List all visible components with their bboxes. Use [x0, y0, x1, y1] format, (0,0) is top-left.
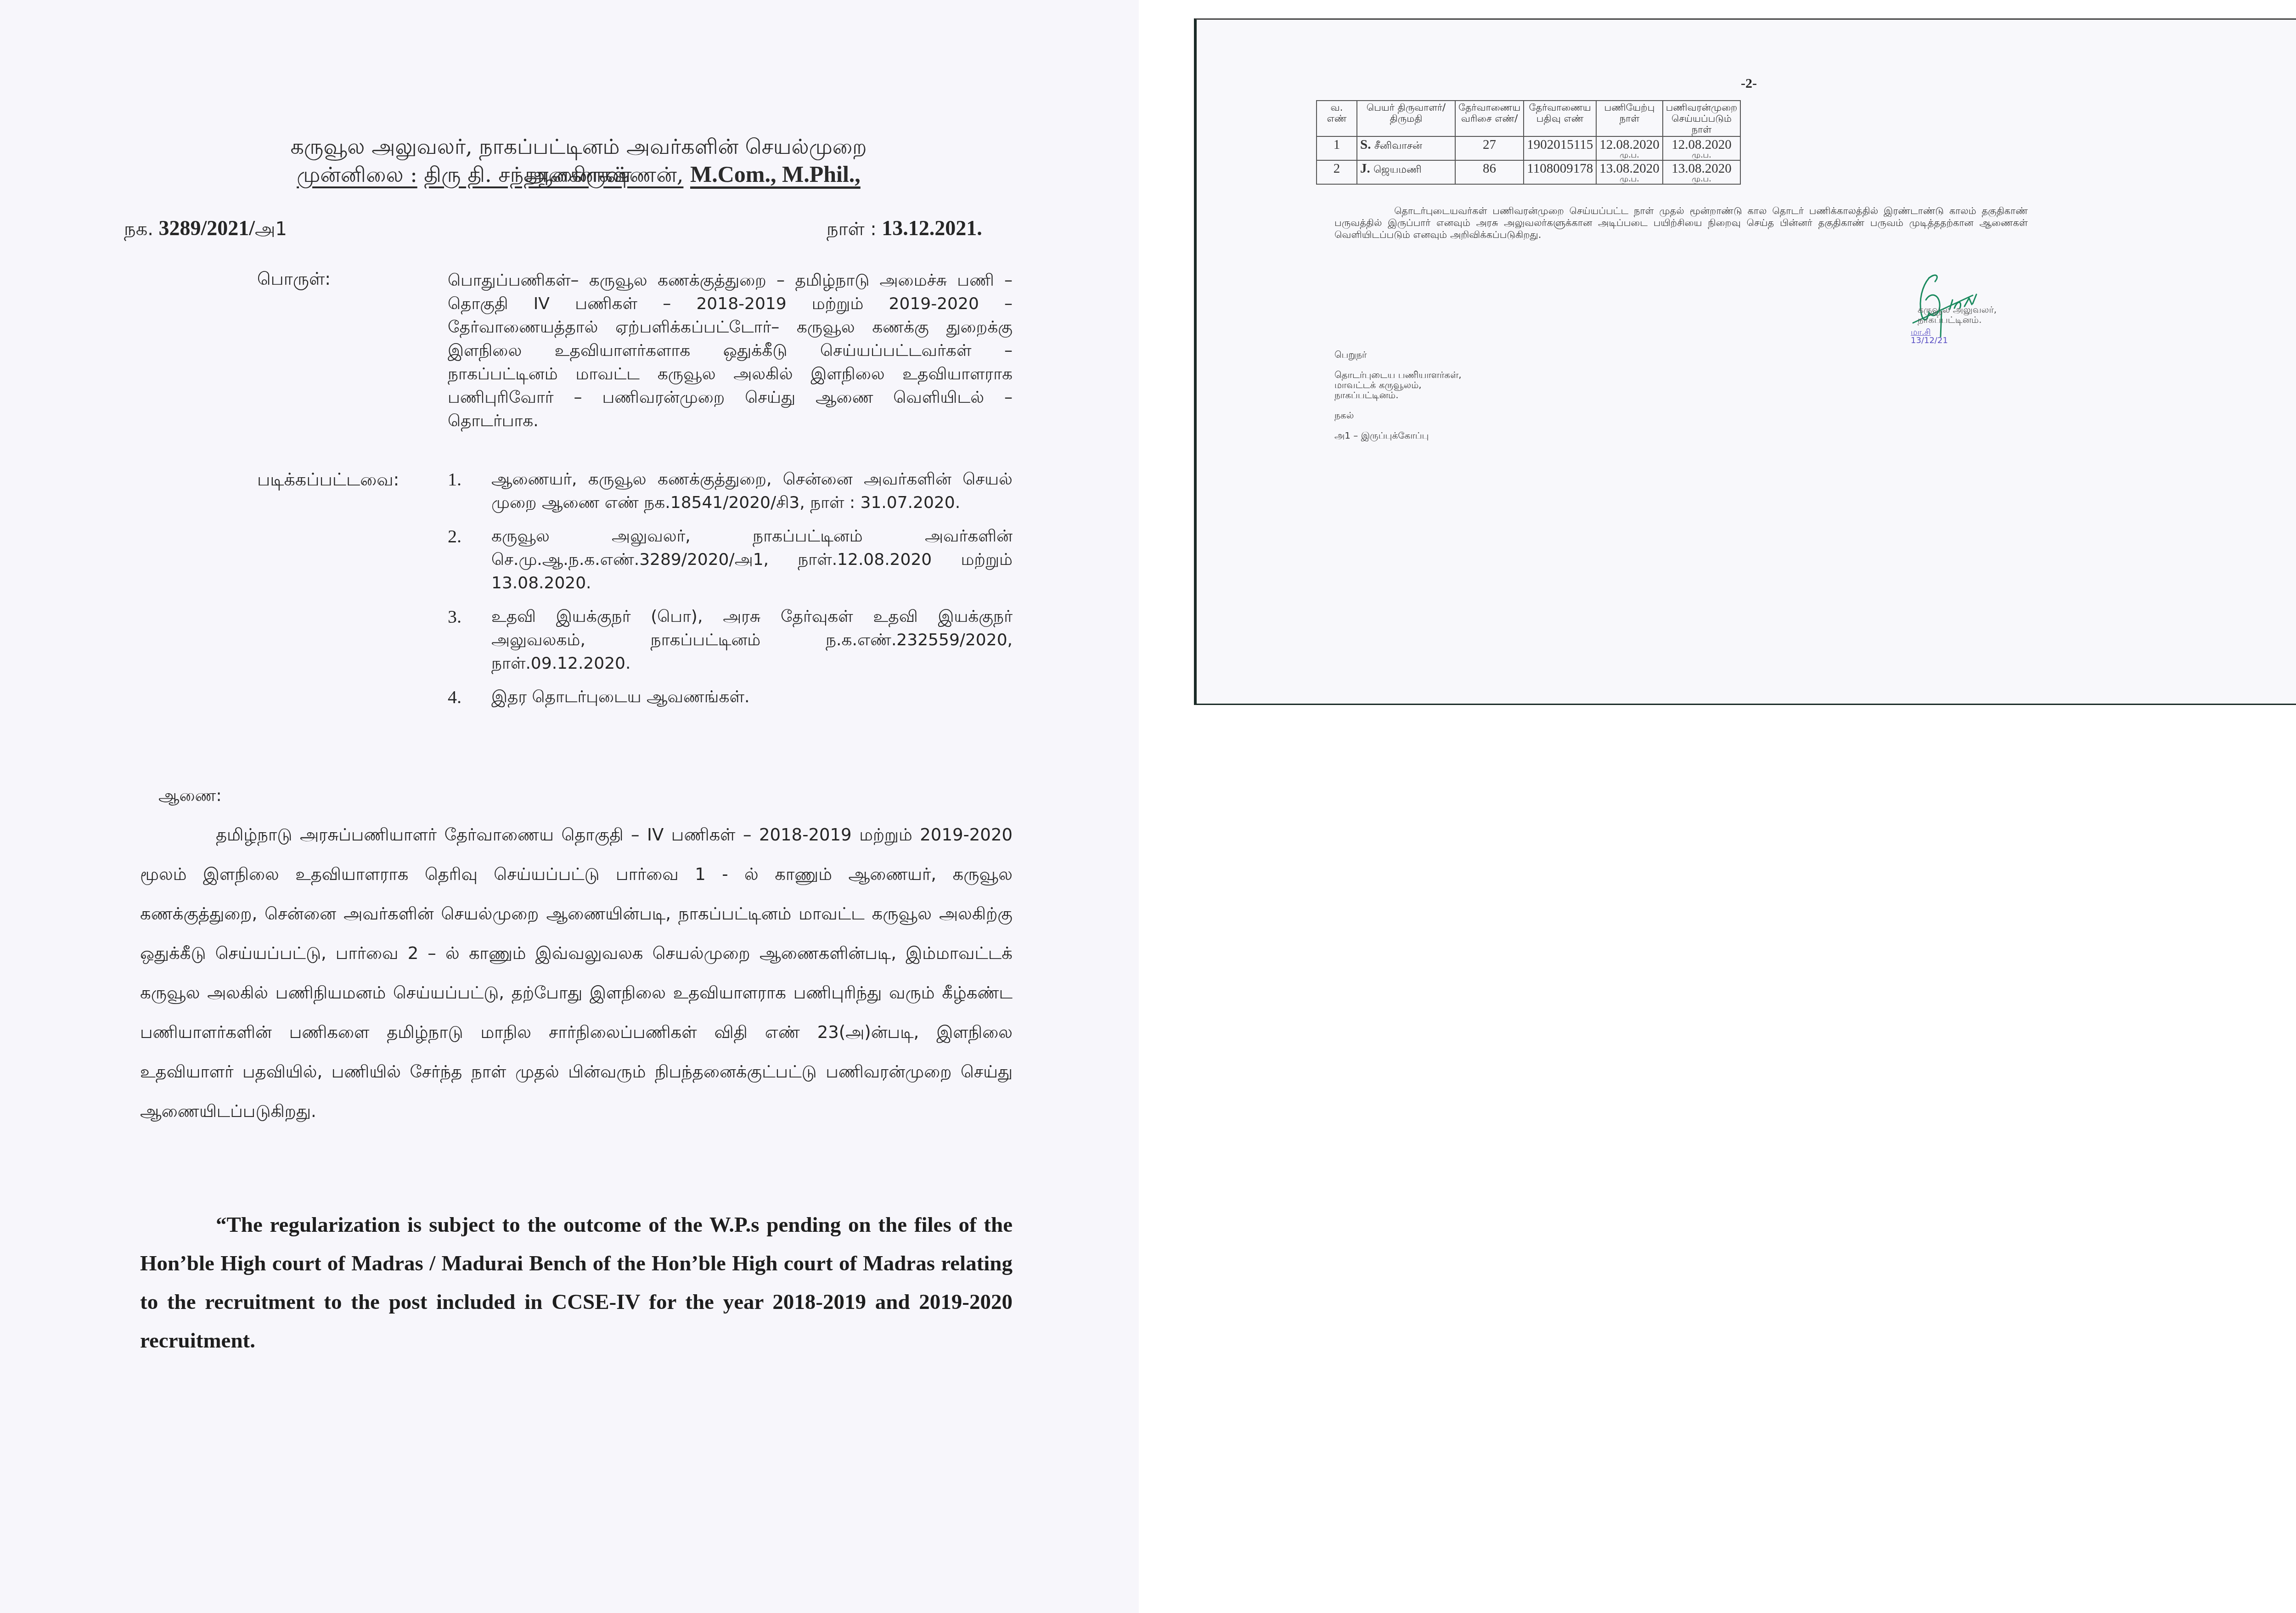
copy-label: நகல்: [1334, 410, 1462, 420]
reference-item: 2.கருவூல அலுவலர், நாகப்பட்டினம் அவர்களின…: [448, 525, 1013, 595]
reference-number: நக. 3289/2021/அ1: [124, 216, 287, 242]
table-header-row: வ. எண் பெயர் திருவாளர்/திருமதி தேர்வாணைய…: [1317, 101, 1740, 136]
col-sno: வ. எண்: [1317, 101, 1357, 136]
references-label: படிக்கப்பட்டவை:: [257, 469, 399, 492]
order-label: ஆணை:: [158, 786, 222, 807]
recipient-line: மாவட்டக் கருவூலம்,: [1334, 380, 1462, 390]
signatory-title: கருவூல அலுவலர், நாகப்பட்டினம்.: [1918, 305, 1997, 325]
col-join-date: பணியேற்பு நாள்: [1596, 101, 1663, 136]
probation-paragraph: தொடர்புடையவர்கள் பணிவரன்முறை செய்யப்பட்ட…: [1334, 205, 2028, 241]
order-date: நாள் : 13.12.2021.: [827, 216, 982, 242]
employee-table: வ. எண் பெயர் திருவாளர்/திருமதி தேர்வாணைய…: [1316, 100, 1741, 185]
regularization-condition: “The regularization is subject to the ou…: [140, 1206, 1013, 1360]
order-page-2: -2- வ. எண் பெயர் திருவாளர்/திருமதி தேர்வ…: [1194, 18, 2296, 705]
copy-line: அ1 – இருப்புக்கோப்பு: [1334, 430, 1462, 440]
recipients-block: பெறுநர் தொடர்புடைய பணியாளர்கள், மாவட்டக்…: [1334, 350, 1462, 440]
to-label: பெறுநர்: [1334, 350, 1462, 360]
handwritten-date: மா.சி 13/12/21: [1911, 328, 1948, 345]
col-reg-no: தேர்வாணைய பதிவு எண்: [1524, 101, 1596, 136]
reference-item: 3.உதவி இயக்குநர் (பொ), அரசு தேர்வுகள் உத…: [448, 605, 1013, 675]
presence-line: முன்னிலை : திரு தி. சந்தானகிருஷ்ணன், M.C…: [243, 161, 914, 190]
order-page-1: கருவூல அலுவலர், நாகப்பட்டினம் அவர்களின் …: [0, 0, 1139, 1613]
table-row: 2 J. ஜெயமணி 86 1108009178 13.08.2020மு.ப…: [1317, 160, 1740, 184]
col-name: பெயர் திருவாளர்/திருமதி: [1357, 101, 1455, 136]
col-rank: தேர்வாணைய வரிசை எண்/: [1455, 101, 1524, 136]
recipient-line: தொடர்புடைய பணியாளர்கள்,: [1334, 370, 1462, 380]
subject-text: பொதுப்பணிகள்– கருவூல கணக்குத்துறை – தமிழ…: [448, 269, 1013, 433]
reference-item: 4.இதர தொடர்புடைய ஆவணங்கள்.: [448, 685, 1013, 709]
presence-name: திரு தி. சந்தானகிருஷ்ணன்,: [424, 162, 683, 187]
reference-item: 1.ஆணையர், கருவூல கணக்குத்துறை, சென்னை அவ…: [448, 468, 1013, 514]
presence-degrees: M.Com., M.Phil.,: [690, 161, 861, 187]
order-body: தமிழ்நாடு அரசுப்பணியாளர் தேர்வாணைய தொகுத…: [140, 815, 1013, 1131]
page-number: -2-: [1741, 76, 1757, 91]
subject-label: பொருள்:: [257, 269, 331, 292]
presence-label: முன்னிலை :: [297, 162, 417, 187]
col-reg-date: பணிவரன்முறை செய்யப்படும் நாள்: [1663, 101, 1741, 136]
table-row: 1 S. சீனிவாசன் 27 1902015115 12.08.2020ம…: [1317, 136, 1740, 160]
references-list: 1.ஆணையர், கருவூல கணக்குத்துறை, சென்னை அவ…: [448, 468, 1013, 719]
recipient-line: நாகப்பட்டினம்.: [1334, 390, 1462, 400]
